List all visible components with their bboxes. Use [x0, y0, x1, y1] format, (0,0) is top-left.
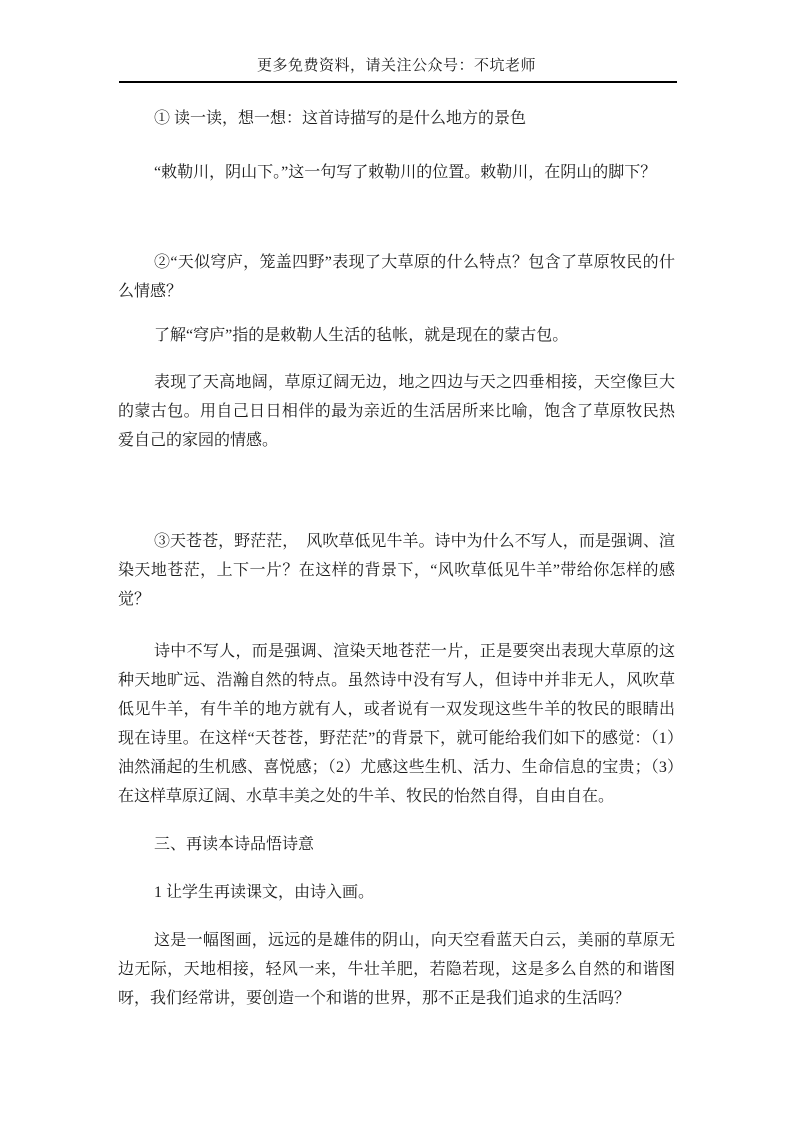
paragraph-step-1: 1 让学生再读课文，由诗入画。: [118, 878, 675, 907]
paragraph-picture-description: 这是一幅图画，远远的是雄伟的阴山，向天空看蓝天白云，美丽的草原无边无际，天地相接…: [118, 926, 675, 1013]
document-page: 更多免费资料，请关注公众号：不坑老师 ① 读一读，想一想：这首诗描写的是什么地方…: [0, 0, 793, 1122]
section-heading-3: 三、再读本诗品悟诗意: [118, 830, 675, 859]
paragraph-question-2: ②“天似穹庐，笼盖四野”表现了大草原的什么特点？包含了草原牧民的什么情感？: [118, 248, 675, 306]
page-header: 更多免费资料，请关注公众号：不坑老师: [0, 0, 793, 83]
paragraph-question-3: ③天苍苍，野茫茫， 风吹草低见牛羊。诗中为什么不写人，而是强调、渲染天地苍茫，上…: [118, 527, 675, 614]
paragraph-answer-2a: 了解“穹庐”指的是敕勒人生活的毡帐，就是现在的蒙古包。: [118, 321, 675, 350]
header-notice-text: 更多免费资料，请关注公众号：不坑老师: [0, 0, 793, 77]
paragraph-answer-2b: 表现了天高地阔，草原辽阔无边，地之四边与天之四垂相接，天空像巨大的蒙古包。用自己…: [118, 368, 675, 455]
document-body: ① 读一读，想一想：这首诗描写的是什么地方的景色 “敕勒川，阴山下。”这一句写了…: [0, 83, 793, 1013]
paragraph-answer-1: “敕勒川，阴山下。”这一句写了敕勒川的位置。敕勒川，在阴山的脚下？: [118, 158, 675, 187]
paragraph-question-1: ① 读一读，想一想：这首诗描写的是什么地方的景色: [118, 104, 675, 133]
paragraph-answer-3: 诗中不写人，而是强调、渲染天地苍茫一片，正是要突出表现大草原的这种天地旷远、浩瀚…: [118, 637, 675, 811]
